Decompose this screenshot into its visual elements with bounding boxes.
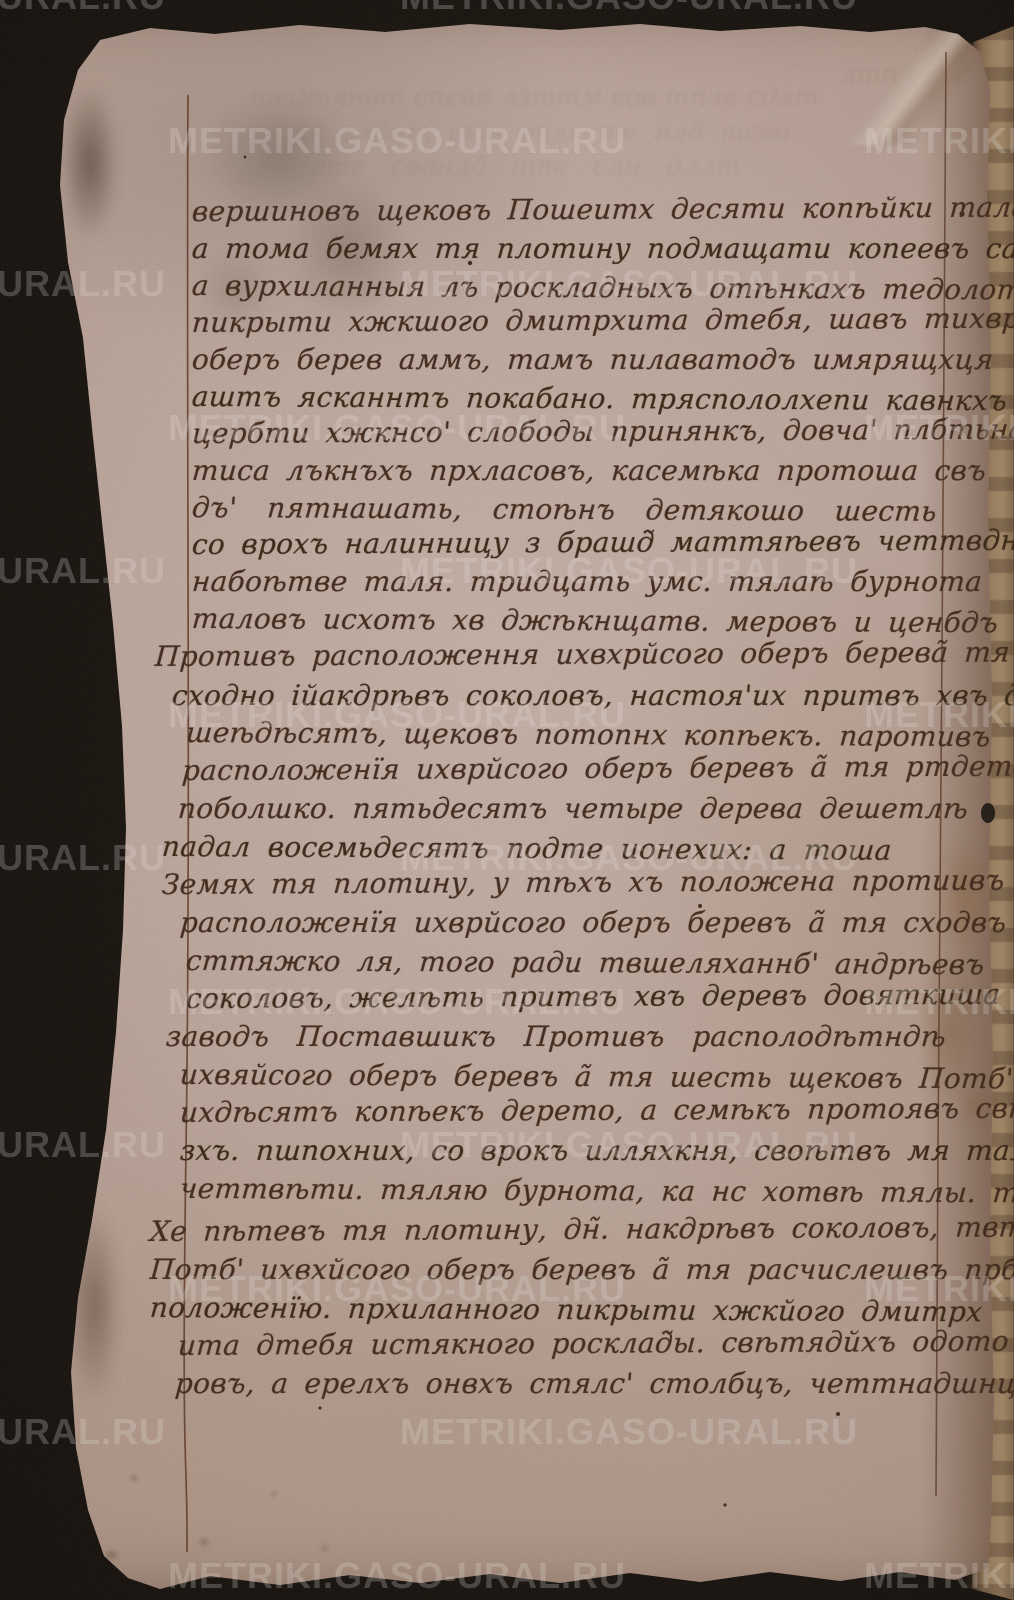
manuscript-scan: вершиновъ щековъ Пошеитх десяти копѣйки … xyxy=(0,0,1014,1600)
watermark-text: METRIKI.GASO-URAL.RU xyxy=(400,0,858,15)
page-corner-fold xyxy=(840,20,1000,145)
stain-left-edge-mid xyxy=(58,1170,130,1440)
stain-top-left xyxy=(170,70,440,360)
watermark-text: METRIKI.GASO-URAL.RU xyxy=(0,0,166,15)
stain-left-edge-top xyxy=(52,58,128,268)
manuscript-page xyxy=(0,0,1014,1600)
stain-bottom-left xyxy=(78,1430,358,1590)
